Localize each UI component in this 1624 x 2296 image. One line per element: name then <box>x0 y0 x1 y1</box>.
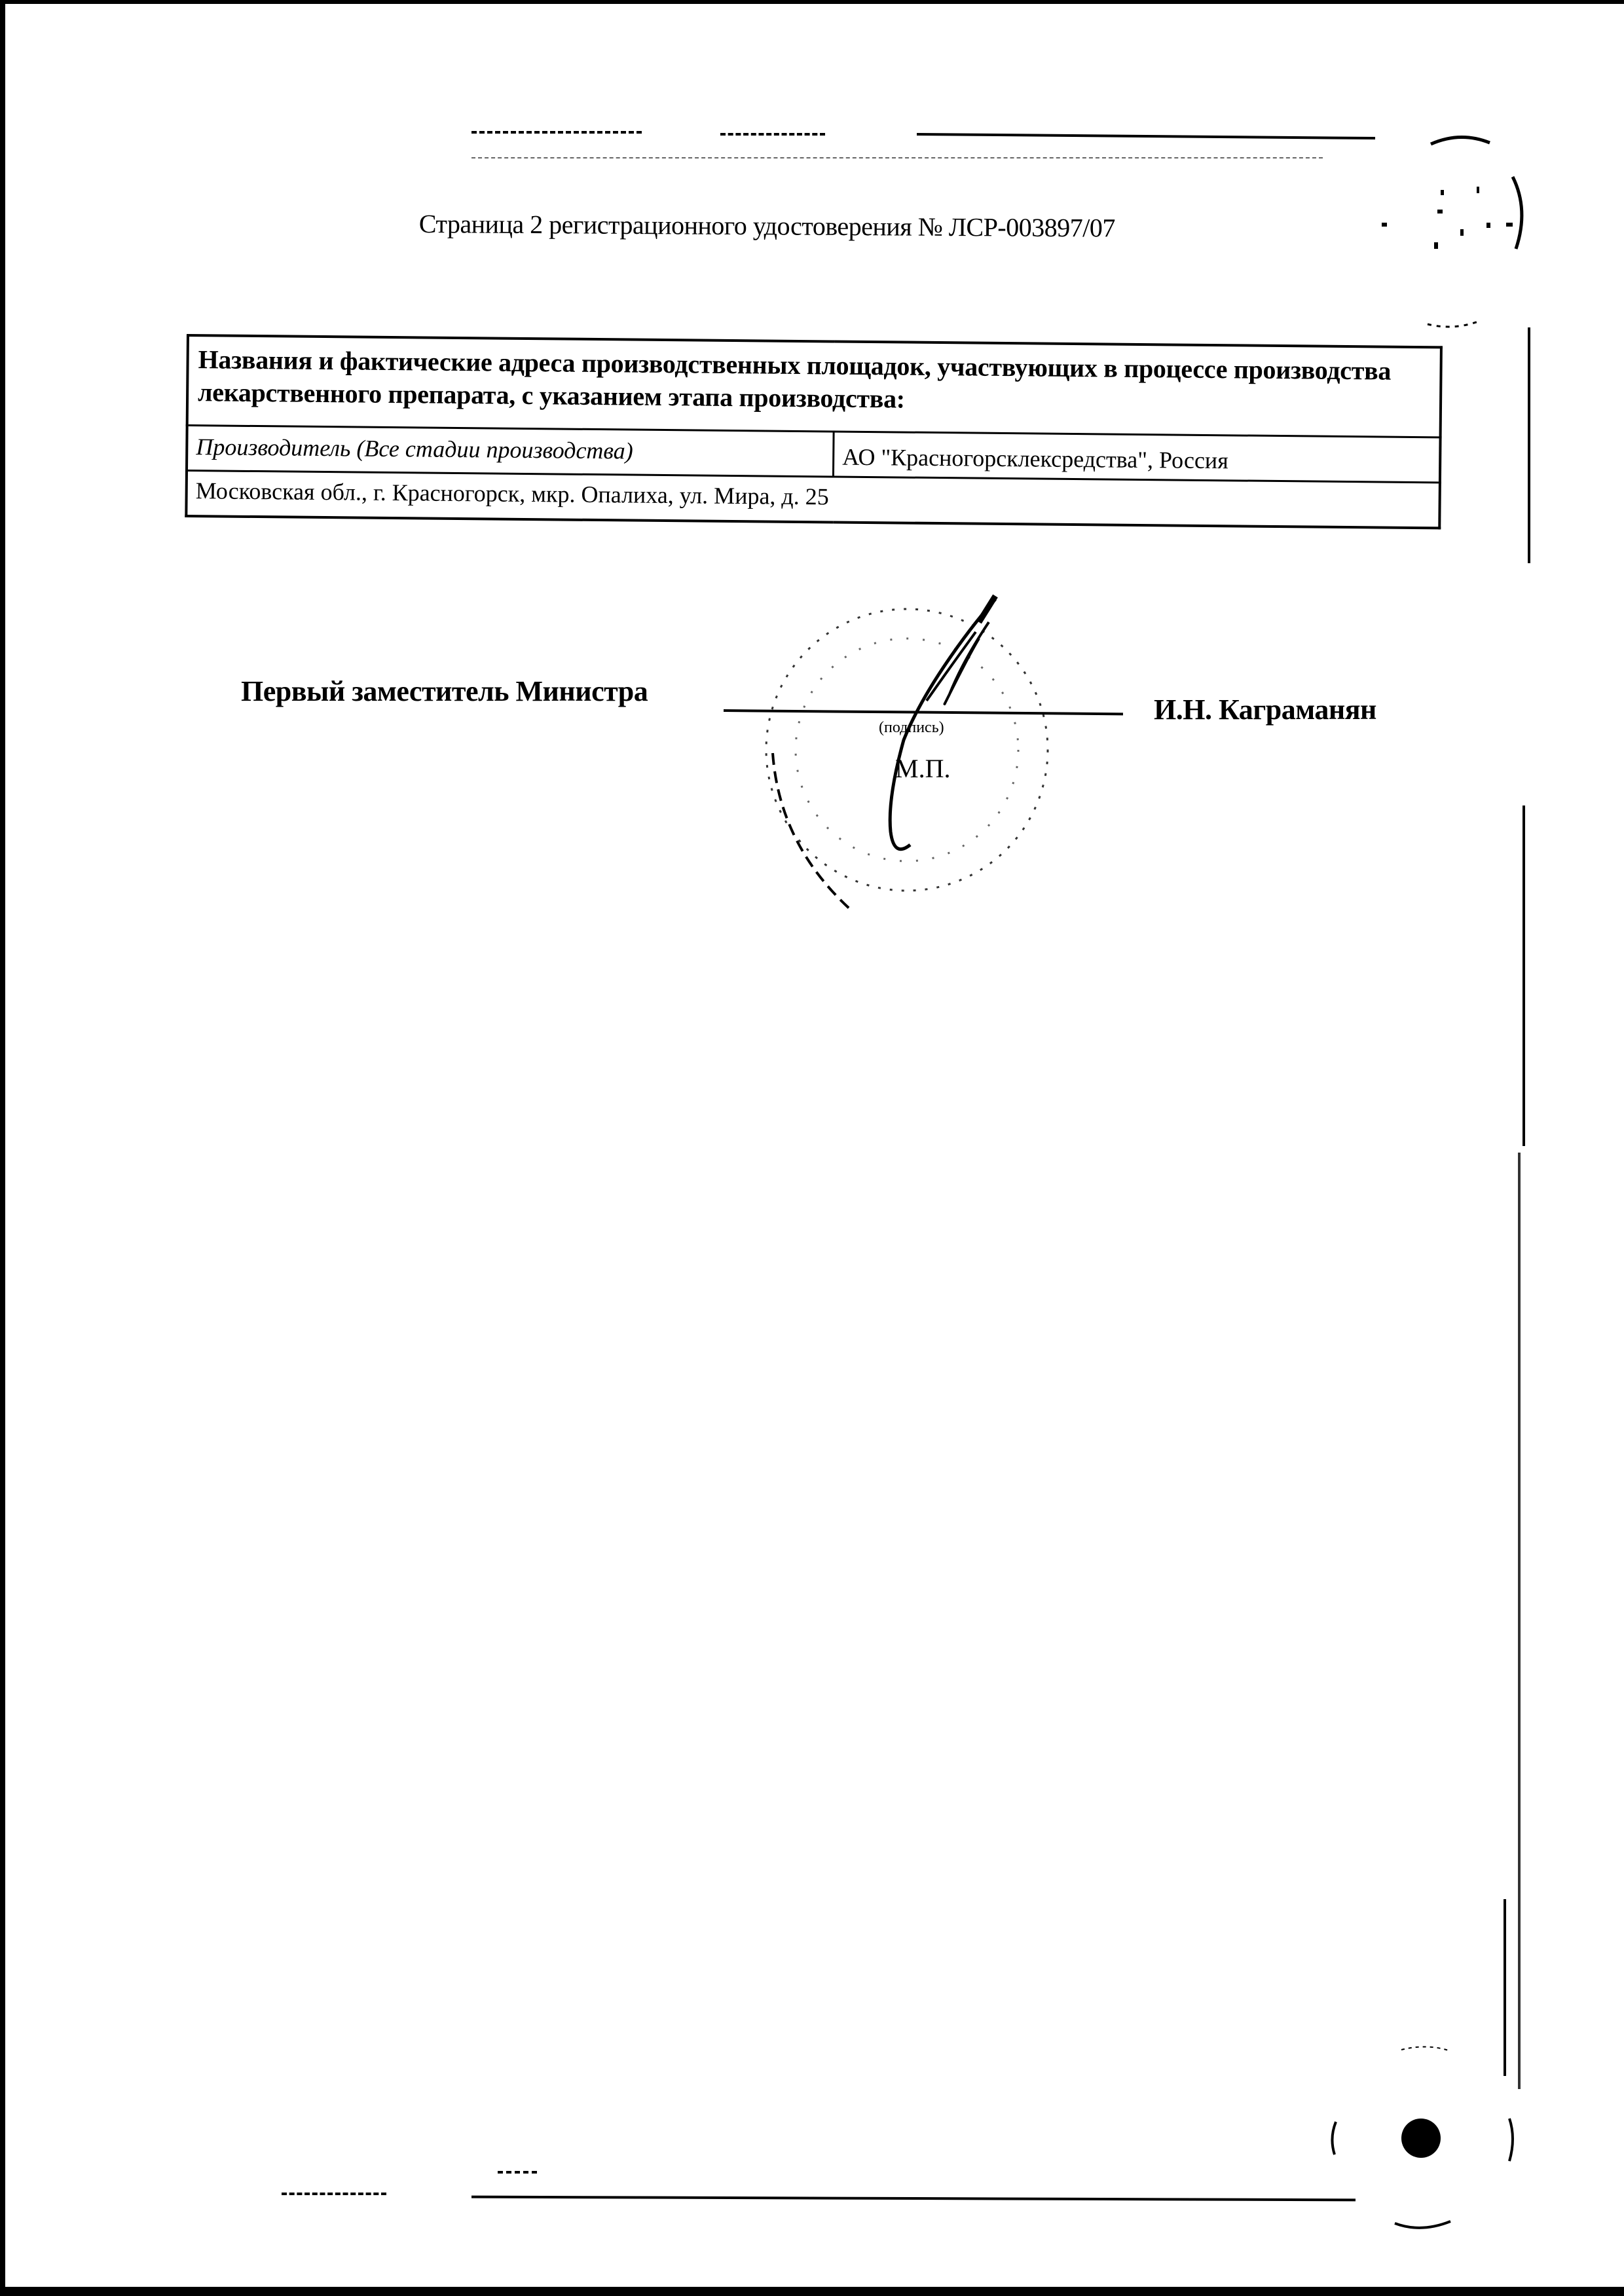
table-header-row: Названия и фактические адреса производст… <box>187 335 1441 437</box>
top-dashed-line <box>471 131 642 136</box>
production-sites-table: Названия и фактические адреса производст… <box>185 334 1443 529</box>
production-stage-cell: Производитель (Все стадии производства) <box>187 426 834 477</box>
bottom-dashed-line <box>282 2193 386 2198</box>
company-cell: АО "Красногорсклексредства", Россия <box>833 432 1440 483</box>
top-dashed-line <box>720 133 825 138</box>
scan-border-top <box>0 0 1624 4</box>
right-edge-line <box>1518 1153 1521 2089</box>
scan-border-left <box>0 0 5 2296</box>
signer-name: И.Н. Каграманян <box>1154 693 1376 726</box>
stamp-place-label: М.П. <box>895 753 950 784</box>
corner-seal-bottom-right-icon <box>1329 2037 1526 2233</box>
right-edge-line <box>1528 327 1530 563</box>
right-edge-line <box>1522 805 1525 1146</box>
scan-border-bottom <box>0 2287 1624 2296</box>
top-dashed-line <box>471 157 1323 161</box>
table-header: Названия и фактические адреса производст… <box>187 335 1441 437</box>
corner-seal-top-right-icon <box>1356 124 1565 334</box>
bottom-dashed-line <box>498 2171 537 2176</box>
top-rule-line <box>917 133 1375 139</box>
signer-position-title: Первый заместитель Министра <box>241 675 648 708</box>
page-heading: Страница 2 регистрационного удостоверени… <box>419 208 1244 244</box>
bottom-rule-line <box>471 2196 1356 2202</box>
signature-caption: (подпись) <box>879 719 944 737</box>
